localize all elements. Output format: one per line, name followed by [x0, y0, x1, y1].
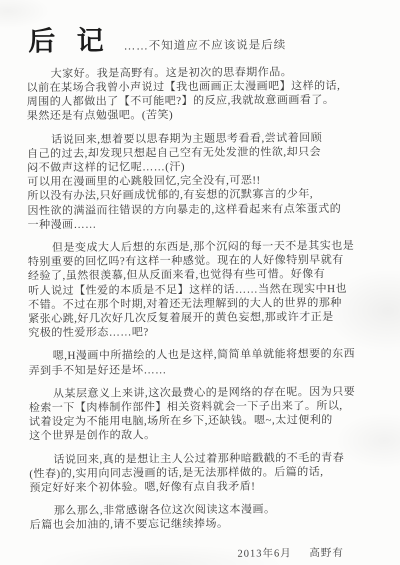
paragraph: 那么那么,非常感谢各位这次阅读这本漫画。 后篇也会加油的,请不要忘记继续捧场。: [30, 502, 376, 533]
text-line: 试着设定为不能用电脑,场所在乡下,还缺钱。嗯~,太过便利的: [29, 413, 375, 430]
paragraph: 嗯,H漫画中所描绘的人也是这样,简简单单就能将想要的东西 弄到手不知是好还是坏……: [28, 347, 374, 378]
signature-author: 高野有: [309, 548, 344, 559]
paragraph: 但是变成大人后想的东西是,那个沉闷的每一天不是其实也是 特别重要的回忆吗?有这样…: [28, 239, 375, 341]
paragraph: 大家好。我是高野有。这是初次的思春期作品。 以前在某场合我曾小声说过【我也画画正…: [27, 64, 373, 123]
text-line: 话说回来,想着要以思春期为主题思考看看,尝试着回顾: [27, 130, 373, 147]
text-line: 嗯,H漫画中所描绘的人也是这样,简简单单就能将想要的东西: [28, 347, 374, 364]
text-line: 究极的性爱形态……吧?: [28, 324, 374, 341]
text-line: 周围的人都做出了【不可能吧?】的反应,我就故意画画看了。: [27, 93, 373, 110]
title-row: 后 记 ……不知道应不应该说是后续: [28, 25, 372, 57]
paragraph: 话说回来,想着要以思春期为主题思考看看,尝试着回顾 自己的过去,却发现只想起自己…: [27, 130, 374, 232]
text-line: 紧张心跳,好几次好几次反复着展开的黄色妄想,那或许才正是: [28, 310, 374, 327]
text-line: 预定好好来个初体验。嗯,好像有点自我矛盾!: [29, 479, 375, 496]
afterword-body: 大家好。我是高野有。这是初次的思春期作品。 以前在某场合我曾小声说过【我也画画正…: [27, 64, 376, 532]
text-line: (性春)的,实用向同志漫画的话,是无法那样做的。后篇的话,: [29, 465, 375, 482]
text-line: 弄到手不知是好还是坏……: [29, 361, 375, 378]
paragraph: 从某层意义上来讲,这次最费心的是网络的存在呢。因为只要 检索一下【肉棒制作部件】…: [29, 385, 375, 444]
signature: 2013年6月 高野有: [30, 544, 376, 561]
paragraph: 话说回来,真的是想让主人公过着那种暗戳戳的不毛的青春 (性春)的,实用向同志漫画…: [29, 450, 375, 495]
text-line: 一种漫画……: [28, 216, 374, 233]
scanned-afterword-page: 后 记 ……不知道应不应该说是后续 大家好。我是高野有。这是初次的思春期作品。 …: [0, 0, 400, 565]
text-line: 后篇也会加油的,请不要忘记继续捧场。: [30, 516, 376, 533]
signature-date: 2013年6月: [237, 548, 291, 559]
afterword-title: 后 记: [28, 27, 110, 57]
text-line: 果然还是有点勉强吧。(苦笑): [27, 107, 373, 124]
afterword-subtitle: ……不知道应不应该说是后续: [124, 36, 287, 53]
text-line: 话说回来,真的是想让主人公过着那种暗戳戳的不毛的青春: [29, 450, 375, 467]
page-content: 后 记 ……不知道应不应该说是后续 大家好。我是高野有。这是初次的思春期作品。 …: [0, 0, 400, 562]
text-line: 这个世界是创作的敌人。: [29, 427, 375, 444]
text-line: 因性欲的满溢而往错误的方向暴走的,这样看起来有点笨蛋式的: [27, 201, 373, 218]
